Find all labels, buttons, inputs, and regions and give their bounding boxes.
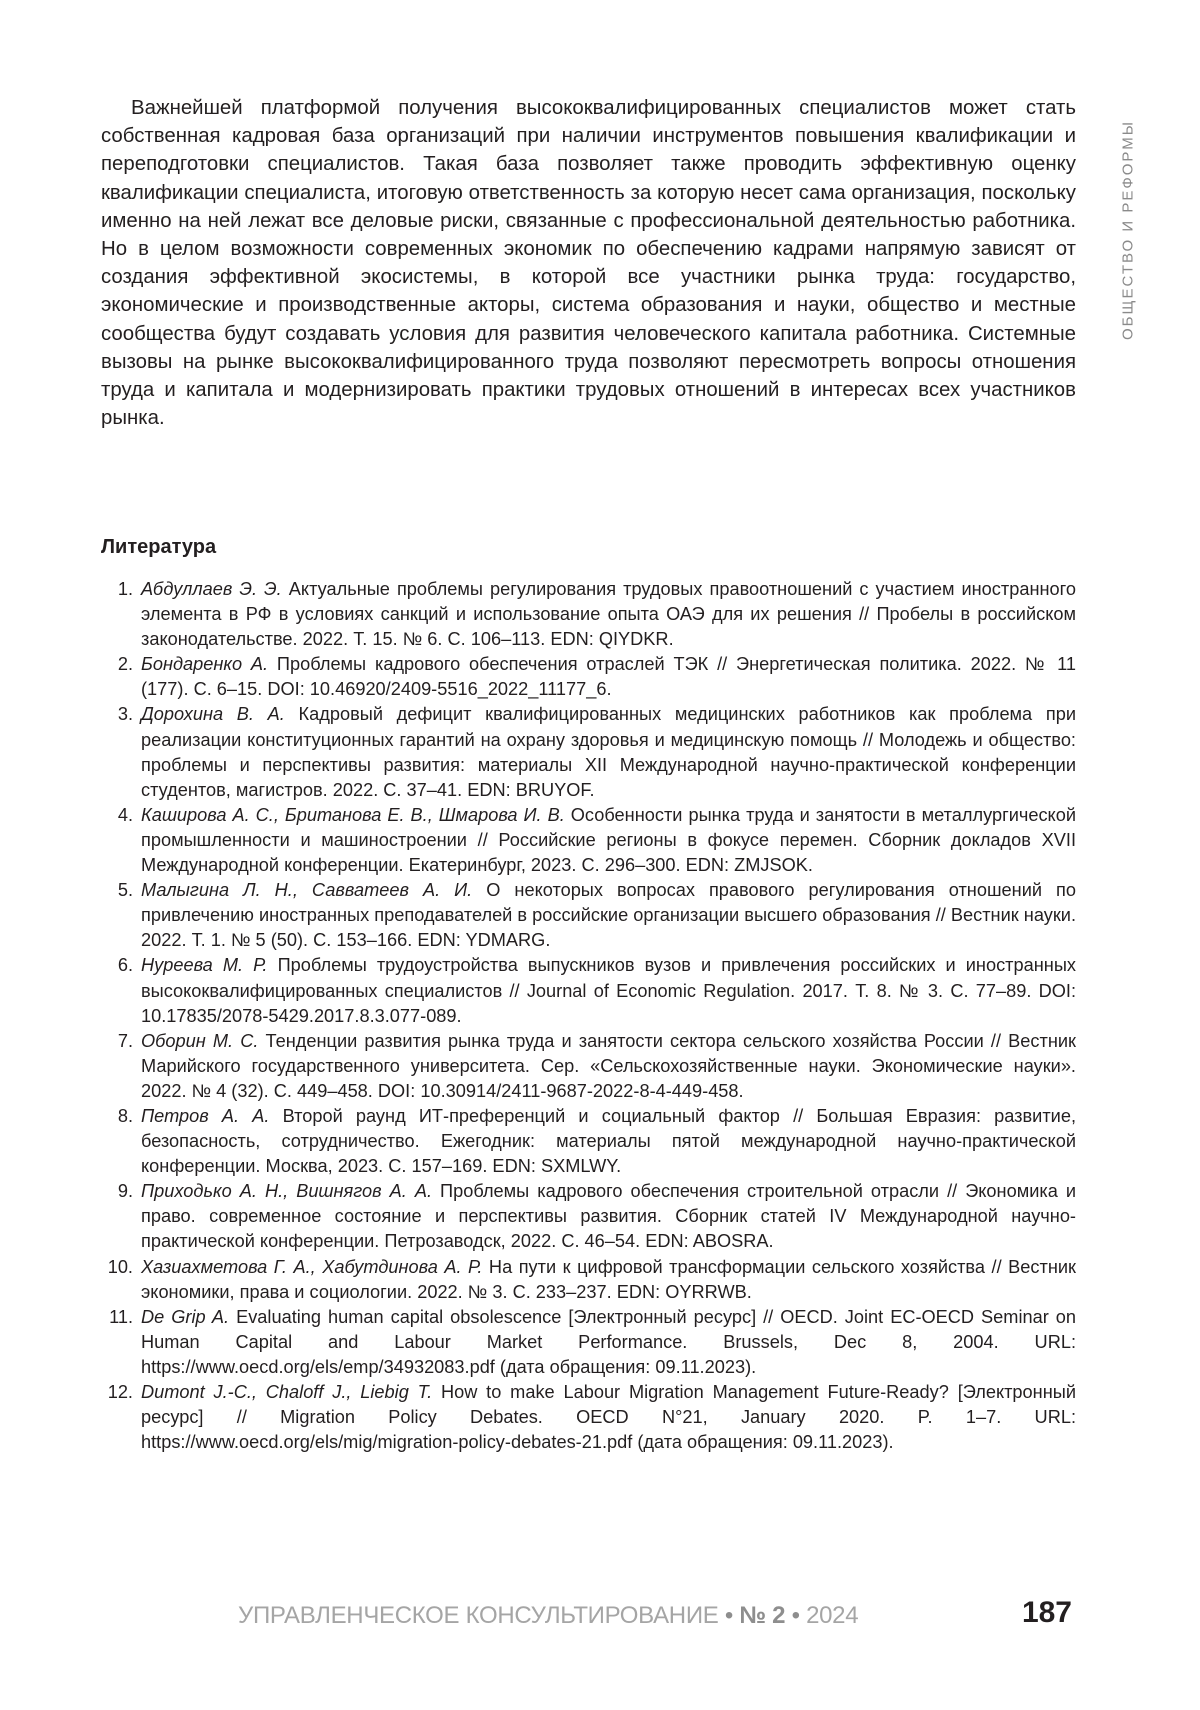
reference-author: Бондаренко А. <box>141 654 268 674</box>
references-list: 1.Абдуллаев Э. Э. Актуальные проблемы ре… <box>101 577 1076 1455</box>
reference-author: Каширова А. С., Британова Е. В., Шмарова… <box>141 805 565 825</box>
reference-author: Хазиахметова Г. А., Хабутдинова А. Р. <box>141 1257 482 1277</box>
page-number: 187 <box>1022 1596 1072 1630</box>
reference-number: 7. <box>101 1029 133 1054</box>
reference-number: 2. <box>101 652 133 677</box>
footer-separator: • <box>719 1602 740 1629</box>
journal-running-title: УПРАВЛЕНЧЕСКОЕ КОНСУЛЬТИРОВАНИЕ • № 2 • … <box>238 1602 858 1630</box>
reference-author: De Grip A. <box>141 1307 229 1327</box>
reference-number: 6. <box>101 953 133 978</box>
page-footer: УПРАВЛЕНЧЕСКОЕ КОНСУЛЬТИРОВАНИЕ • № 2 • … <box>0 1596 1200 1636</box>
reference-text: Второй раунд ИТ-преференций и социальный… <box>141 1106 1076 1176</box>
reference-number: 3. <box>101 702 133 727</box>
reference-number: 10. <box>101 1255 133 1280</box>
reference-number: 9. <box>101 1179 133 1204</box>
reference-item: 9.Приходько А. Н., Вишнягов А. А. Пробле… <box>101 1179 1076 1254</box>
reference-item: 8.Петров А. А. Второй раунд ИТ-преференц… <box>101 1104 1076 1179</box>
reference-item: 2.Бондаренко А. Проблемы кадрового обесп… <box>101 652 1076 702</box>
footer-separator: • <box>785 1602 806 1629</box>
journal-name: УПРАВЛЕНЧЕСКОЕ КОНСУЛЬТИРОВАНИЕ <box>238 1602 719 1629</box>
reference-text: Проблемы трудоустройства выпускников вуз… <box>141 955 1076 1025</box>
references-title: Литература <box>101 536 216 559</box>
issue-number: № 2 <box>739 1602 785 1629</box>
reference-number: 5. <box>101 878 133 903</box>
reference-number: 12. <box>101 1380 133 1405</box>
reference-item: 5.Малыгина Л. Н., Савватеев А. И. О неко… <box>101 878 1076 953</box>
reference-author: Нуреева М. Р. <box>141 955 268 975</box>
reference-item: 10.Хазиахметова Г. А., Хабутдинова А. Р.… <box>101 1255 1076 1305</box>
reference-author: Dumont J.-C., Chaloff J., Liebig T. <box>141 1382 432 1402</box>
reference-number: 8. <box>101 1104 133 1129</box>
section-side-label-text: ОБЩЕСТВО И РЕФОРМЫ <box>1120 120 1137 340</box>
reference-item: 6.Нуреева М. Р. Проблемы трудоустройства… <box>101 953 1076 1028</box>
reference-number: 1. <box>101 577 133 602</box>
reference-author: Оборин М. С. <box>141 1031 258 1051</box>
section-side-label: ОБЩЕСТВО И РЕФОРМЫ <box>1116 100 1140 360</box>
reference-item: 4.Каширова А. С., Британова Е. В., Шмаро… <box>101 803 1076 878</box>
reference-author: Дорохина В. А. <box>141 704 285 724</box>
journal-page: ОБЩЕСТВО И РЕФОРМЫ Важнейшей платформой … <box>0 0 1200 1710</box>
reference-item: 12.Dumont J.-C., Chaloff J., Liebig T. H… <box>101 1380 1076 1455</box>
reference-text: Проблемы кадрового обеспечения отраслей … <box>141 654 1076 699</box>
reference-author: Петров А. А. <box>141 1106 269 1126</box>
reference-item: 7.Оборин М. С. Тенденции развития рынка … <box>101 1029 1076 1104</box>
reference-author: Приходько А. Н., Вишнягов А. А. <box>141 1181 432 1201</box>
reference-item: 11.De Grip A. Evaluating human capital o… <box>101 1305 1076 1380</box>
issue-year: 2024 <box>806 1602 858 1629</box>
reference-author: Малыгина Л. Н., Савватеев А. И. <box>141 880 472 900</box>
reference-text: Актуальные проблемы регулирования трудов… <box>141 579 1076 649</box>
reference-text: Тенденции развития рынка труда и занятос… <box>141 1031 1076 1101</box>
reference-item: 1.Абдуллаев Э. Э. Актуальные проблемы ре… <box>101 577 1076 652</box>
reference-text: Evaluating human capital obsolescence [Э… <box>141 1307 1076 1377</box>
body-paragraph: Важнейшей платформой получения высококва… <box>101 94 1076 432</box>
reference-number: 4. <box>101 803 133 828</box>
reference-number: 11. <box>101 1305 133 1330</box>
reference-author: Абдуллаев Э. Э. <box>141 579 282 599</box>
reference-item: 3.Дорохина В. А. Кадровый дефицит квалиф… <box>101 702 1076 802</box>
body-text: Важнейшей платформой получения высококва… <box>101 94 1076 432</box>
